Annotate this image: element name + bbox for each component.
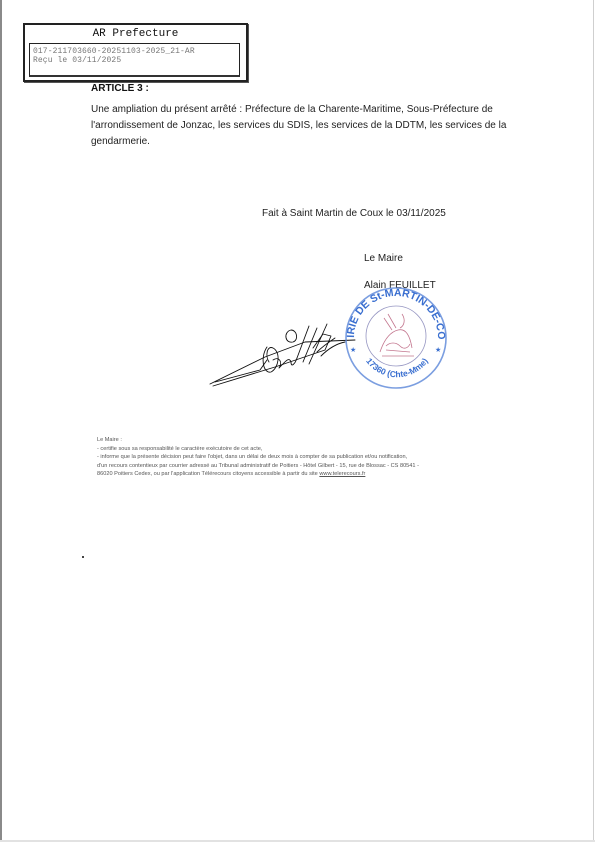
article-body: Une ampliation du présent arrêté : Préfe… [91, 102, 571, 150]
notice-line: 86020 Poitiers Cedex, ou par l'applicati… [97, 471, 319, 477]
notice-line: - certifie sous sa responsabilité le car… [97, 445, 537, 454]
ar-reference-number: 017-211703660-20251103-2025_21-AR [33, 47, 195, 56]
svg-text:MAIRIE DE St-MARTIN-DE-COUX: MAIRIE DE St-MARTIN-DE-COUX [340, 282, 447, 340]
star-icon: ★ [435, 346, 441, 354]
notice-line-with-link: 86020 Poitiers Cedex, ou par l'applicati… [97, 470, 537, 479]
ar-prefecture-box: AR Prefecture 017-211703660-20251103-202… [23, 23, 248, 82]
article-heading: ARTICLE 3 : [91, 83, 149, 94]
mairie-stamp: MAIRIE DE St-MARTIN-DE-COUX 17360 (Chte-… [340, 282, 452, 390]
article-line: l'arrondissement de Jonzac, les services… [91, 118, 571, 134]
ar-received-date: Reçu le 03/11/2025 [33, 56, 121, 65]
stamp-emblem-icon [380, 314, 414, 356]
star-icon: ★ [350, 346, 356, 354]
ar-prefecture-details: 017-211703660-20251103-2025_21-AR Reçu l… [29, 43, 240, 77]
telerecours-link[interactable]: www.telerecours.fr [319, 471, 365, 477]
notice-line: Le Maire : [97, 436, 537, 445]
article-line: gendarmerie. [91, 134, 571, 150]
signatory-title: Le Maire [364, 253, 403, 264]
stamp-bottom-text: 17360 (Chte-Mme) [364, 356, 430, 379]
scan-edge-right [593, 0, 594, 842]
scan-speck [82, 556, 84, 558]
scan-edge-left [0, 0, 2, 842]
ar-prefecture-title: AR Prefecture [25, 28, 246, 40]
article-line: Une ampliation du présent arrêté : Préfe… [91, 102, 571, 118]
notice-line: - informe que la présente décision peut … [97, 453, 537, 462]
svg-text:17360 (Chte-Mme): 17360 (Chte-Mme) [364, 356, 430, 379]
place-and-date: Fait à Saint Martin de Coux le 03/11/202… [262, 208, 446, 219]
stamp-top-text: MAIRIE DE St-MARTIN-DE-COUX [340, 282, 447, 340]
notice-line: d'un recours contentieux par courrier ad… [97, 462, 537, 471]
legal-notice: Le Maire : - certifie sous sa responsabi… [97, 436, 537, 479]
